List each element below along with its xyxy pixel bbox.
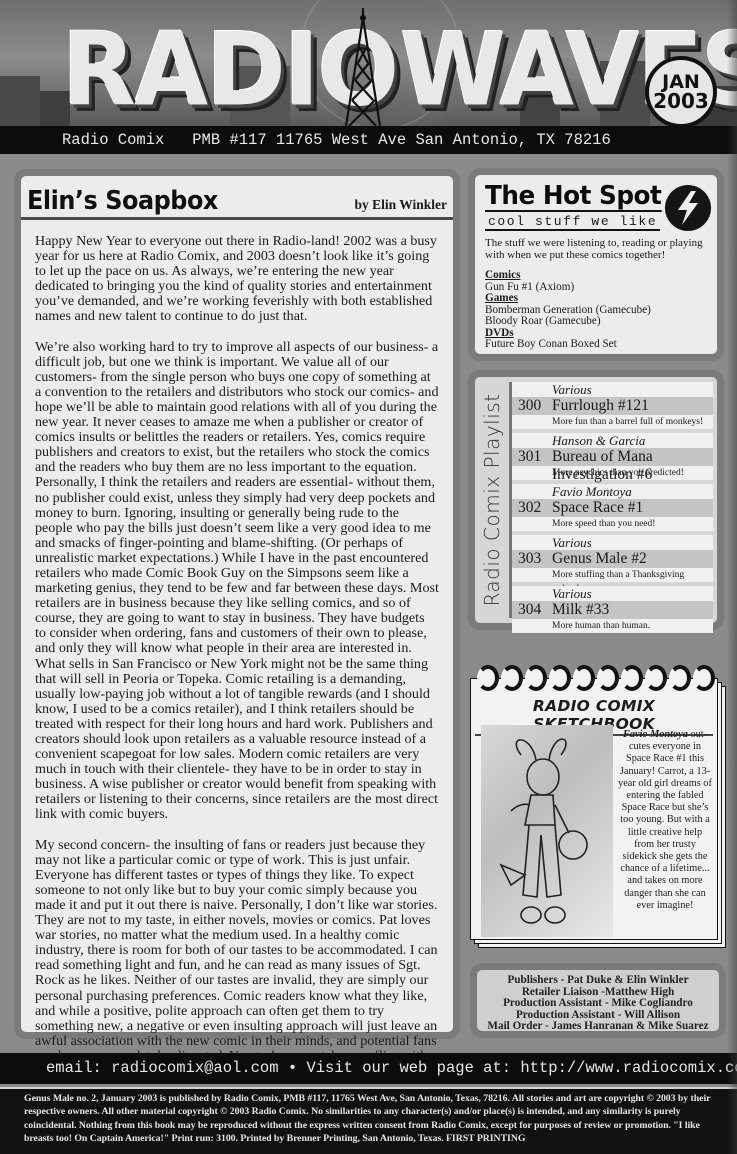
issue-year: 2003 xyxy=(653,92,709,111)
hot-spot-category-comics: Comics xyxy=(485,270,707,282)
spiral-binding xyxy=(477,665,715,695)
hot-spot-category-games: Games xyxy=(485,293,707,305)
sketchbook-box: RADIO COMIX SKETCHBOOK Favio Mont xyxy=(470,676,726,948)
masthead: RADIO WAVES JAN 2003 xyxy=(0,0,737,126)
radio-tower-icon xyxy=(338,8,388,126)
entry-creator: Various xyxy=(512,382,713,397)
entry-number: 301 xyxy=(512,448,552,466)
entry-creator: Favio Montoya xyxy=(512,484,713,499)
spiral-ring-icon xyxy=(645,665,667,691)
hot-spot-title: The Hot Spot xyxy=(485,183,661,212)
bunny-girl-sketch-icon xyxy=(481,725,613,937)
entry-title: Space Race #1 xyxy=(552,499,643,517)
address-bar: Radio Comix PMB #117 11765 West Ave San … xyxy=(0,126,737,154)
soapbox-byline: by Elin Winkler xyxy=(354,197,447,213)
entry-number: 302 xyxy=(512,499,552,517)
playlist-entries: Various 300Furrlough #121 More fun than … xyxy=(509,382,713,618)
soapbox-paragraph: Happy New Year to everyone out there in … xyxy=(35,234,439,325)
entry-creator: Hanson & Garcia xyxy=(512,433,713,448)
hot-spot-box: The Hot Spot cool stuff we like The stuf… xyxy=(468,168,724,361)
hot-spot-list: Comics Gun Fu #1 (Axiom) Games Bomberman… xyxy=(485,270,707,351)
soapbox-header: Elin’s Soapbox by Elin Winkler xyxy=(21,186,453,220)
caption-artist-name: Favio Montoya xyxy=(623,729,688,740)
entry-tagline: More psychics than you predicted! xyxy=(512,466,713,480)
spiral-ring-icon xyxy=(693,665,715,691)
entry-title: Milk #33 xyxy=(552,601,609,619)
playlist-label: Radio Comix Playlist xyxy=(480,393,504,606)
soapbox-body: Happy New Year to everyone out there in … xyxy=(35,234,439,1139)
entry-number: 304 xyxy=(512,601,552,619)
spiral-ring-icon xyxy=(621,665,643,691)
entry-creator: Various xyxy=(512,535,713,550)
issue-date-badge: JAN 2003 xyxy=(645,56,717,126)
playlist-entry: Various 300Furrlough #121 More fun than … xyxy=(512,382,713,429)
spiral-ring-icon xyxy=(549,665,571,691)
hot-spot-intro: The stuff we were listening to, reading … xyxy=(485,237,707,261)
entry-title: Furrlough #121 xyxy=(552,397,649,415)
legal-indicia: Genus Male no. 2, January 2003 is publis… xyxy=(0,1087,737,1154)
playlist-entry: Favio Montoya 302Space Race #1 More spee… xyxy=(512,484,713,531)
caption-text: out-cutes everyone in Space Race #1 this… xyxy=(618,729,712,911)
contact-bar: email: radiocomix@aol.com • Visit our we… xyxy=(0,1053,737,1084)
staff-credits-box: Publishers - Pat Duke & Elin Winkler Ret… xyxy=(470,963,726,1038)
hot-spot-subtitle: cool stuff we like xyxy=(485,214,660,231)
credit-line: Publishers - Pat Duke & Elin Winkler xyxy=(481,975,715,987)
entry-tagline: More fun than a barrel full of monkeys! xyxy=(512,415,713,429)
spiral-ring-icon xyxy=(597,665,619,691)
playlist-entry: Hanson & Garcia 301Bureau of Mana Invest… xyxy=(512,433,713,480)
entry-number: 303 xyxy=(512,550,552,568)
playlist-entry: Various 304Milk #33 More human than huma… xyxy=(512,586,713,633)
soapbox-paragraph: We’re also working hard to try to improv… xyxy=(35,340,439,823)
sketch-artwork-image xyxy=(481,725,613,937)
entry-title: Genus Male #2 xyxy=(552,550,647,568)
spiral-ring-icon xyxy=(477,665,499,691)
entry-tagline: More speed than you need! xyxy=(512,517,713,531)
hot-spot-item: Bloody Roar (Gamecube) xyxy=(485,316,707,328)
hot-spot-item: Gun Fu #1 (Axiom) xyxy=(485,282,707,294)
credit-line: Mail Order - James Hanranan & Mike Suare… xyxy=(481,1021,715,1033)
entry-creator: Various xyxy=(512,586,713,601)
spiral-ring-icon xyxy=(501,665,523,691)
entry-number: 300 xyxy=(512,397,552,415)
entry-tagline: More human than human. xyxy=(512,619,713,633)
sketch-caption: Favio Montoya out-cutes everyone in Spac… xyxy=(617,729,713,912)
entry-tagline: More stuffing than a Thanksgiving turkey… xyxy=(512,568,713,582)
soapbox-paragraph: My second concern- the insulting of fans… xyxy=(35,838,439,1080)
soapbox-title: Elin’s Soapbox xyxy=(27,186,218,216)
entry-title: Bureau of Mana Investigation #6 xyxy=(552,448,713,466)
playlist-side-label: Radio Comix Playlist xyxy=(475,382,509,618)
playlist-entry: Various 303Genus Male #2 More stuffing t… xyxy=(512,535,713,582)
lightning-bolt-icon xyxy=(665,185,711,231)
hot-spot-item: Future Boy Conan Boxed Set xyxy=(485,339,707,351)
page-binding-shadow xyxy=(727,0,737,1154)
sketchbook-page-front: RADIO COMIX SKETCHBOOK Favio Mont xyxy=(470,678,718,940)
spiral-ring-icon xyxy=(525,665,547,691)
playlist-box: Radio Comix Playlist Various 300Furrloug… xyxy=(468,370,724,630)
spiral-ring-icon xyxy=(669,665,691,691)
spiral-ring-icon xyxy=(573,665,595,691)
soapbox-column: Elin’s Soapbox by Elin Winkler Happy New… xyxy=(14,169,460,1039)
